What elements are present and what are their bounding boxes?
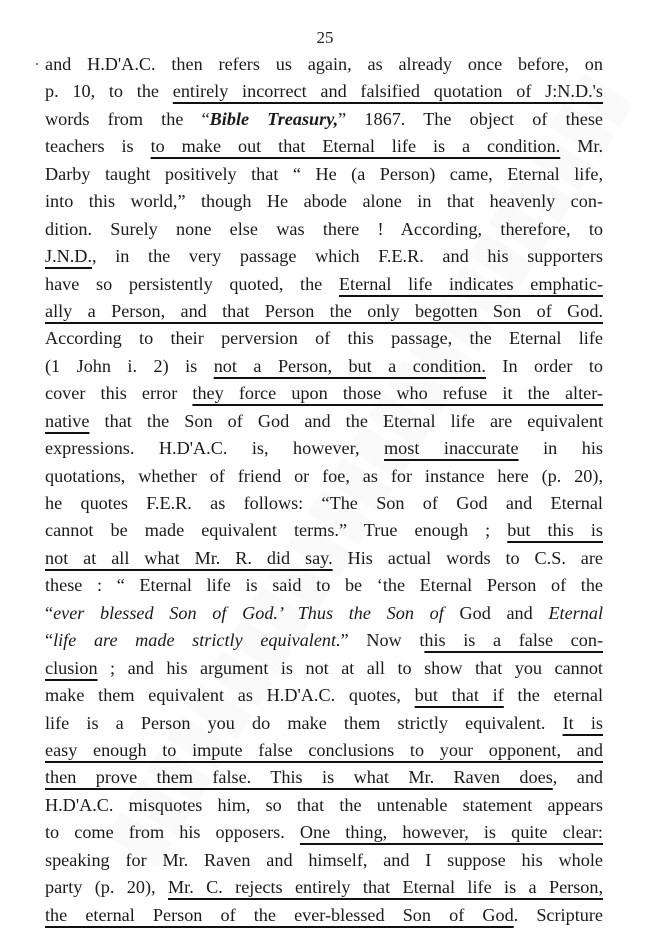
text-line: expressions. H.D'A.C. is, however, most … [45,435,603,462]
text-line: ally a Person, and that Person the only … [45,298,603,325]
text-line: not at all what Mr. R. did say. His actu… [45,545,603,572]
underlined-passage: ally a Person, and that Person the only … [45,301,603,321]
text-segment: have so persistently quoted, the [45,274,339,294]
text-segment: ” Now t [341,630,425,650]
text-line: “life are made strictly equivalent.” Now… [45,627,603,654]
text-segment: (1 John i. 2) is [45,356,214,376]
text-segment: , in the very passage which F.E.R. and h… [92,246,603,266]
text-segment: ; and his argument is not at all to show… [98,658,603,678]
text-line: native that the Son of God and the Etern… [45,408,603,435]
text-line: and H.D'A.C. then refers us again, as al… [45,51,603,78]
text-line: J.N.D., in the very passage which F.E.R.… [45,243,603,270]
text-segment: into this world,” though He abode alone … [45,191,603,211]
underlined-passage: then prove them false. This is what Mr. … [45,767,553,787]
text-line: to come from his opposers. One thing, ho… [45,819,603,846]
underlined-passage: One thing, however, is quite clear: [300,822,603,842]
underlined-passage: not a Person, but a condition. [214,356,486,376]
text-segment: the eternal [504,685,603,705]
text-segment: God and [444,603,549,623]
text-line: dition. Surely none else was there ! Acc… [45,216,603,243]
underlined-passage: clusion [45,658,98,678]
text-segment: life is a Person you do make them strict… [45,713,563,733]
text-line: clusion ; and his argument is not at all… [45,655,603,682]
text-line: cover this error they force upon those w… [45,380,603,407]
text-line: Darby taught positively that “ He (a Per… [45,161,603,188]
text-line: party (p. 20), Mr. C. rejects entirely t… [45,874,603,901]
text-line: have so persistently quoted, the Eternal… [45,271,603,298]
text-segment: cannot be made equivalent terms.” True e… [45,520,507,540]
underlined-passage: Eternal life indicates emphatic- [339,274,603,294]
text-segment: In order to [486,356,603,376]
underlined-passage: It is [563,713,603,733]
page-number: 25 [0,28,650,48]
underlined-passage: entirely incorrect and falsified quotati… [173,81,603,101]
text-line: these : “ Eternal life is said to be ‘th… [45,572,603,599]
text-line: then prove them false. This is what Mr. … [45,764,603,791]
text-segment: to come from his opposers. [45,822,300,842]
body-text: and H.D'A.C. then refers us again, as al… [45,51,603,929]
text-line: he quotes F.E.R. as follows: “The Son of… [45,490,603,517]
text-segment: ever blessed Son of God.’ Thus the Son o… [53,603,444,623]
text-line: make them equivalent as H.D'A.C. quotes,… [45,682,603,709]
underlined-passage: but this is [507,520,603,540]
text-line: quotations, whether of friend or foe, as… [45,463,603,490]
text-segment: Mr. [560,136,603,156]
text-segment: H.D'A.C. misquotes him, so that the unte… [45,795,603,815]
text-segment: “ [45,603,53,623]
text-segment: Eternal [548,603,603,623]
text-segment: According to their perversion of this pa… [45,328,603,348]
underlined-passage: not at all what Mr. R. did say. [45,548,333,568]
text-segment: teachers is [45,136,151,156]
text-segment: “ [45,630,53,650]
text-segment: p. 10, to the [45,81,173,101]
text-segment: . Scripture [514,905,603,925]
text-segment: that the Son of God and the Eternal life… [89,411,603,431]
text-segment: ” 1867. The object of these [338,109,603,129]
text-segment: he quotes F.E.R. as follows: “The Son of… [45,493,603,513]
text-segment: party (p. 20), [45,877,168,897]
text-line: “ever blessed Son of God.’ Thus the Son … [45,600,603,627]
text-segment: cover this error [45,383,192,403]
text-segment: make them equivalent as H.D'A.C. quotes, [45,685,415,705]
underlined-passage: easy enough to impute false conclusions … [45,740,603,760]
text-line: cannot be made equivalent terms.” True e… [45,517,603,544]
text-line: the eternal Person of the ever-blessed S… [45,902,603,929]
text-segment: His actual words to C.S. are [333,548,603,568]
underlined-passage: but that if [415,685,504,705]
text-line: words from the “Bible Treasury,” 1867. T… [45,106,603,133]
underlined-passage: J.N.D. [45,246,92,266]
text-segment: these : “ Eternal life is said to be ‘th… [45,575,603,595]
text-line: (1 John i. 2) is not a Person, but a con… [45,353,603,380]
underlined-passage: his is a false con- [424,630,603,650]
text-segment: Darby taught positively that “ He (a Per… [45,164,603,184]
text-line: According to their perversion of this pa… [45,325,603,352]
text-segment: quotations, whether of friend or foe, as… [45,466,603,486]
text-line: H.D'A.C. misquotes him, so that the unte… [45,792,603,819]
underlined-passage: the eternal Person of the ever-blessed S… [45,905,514,925]
underlined-passage: Mr. C. rejects entirely that Eternal lif… [168,877,603,897]
text-segment: , and [553,767,603,787]
text-line: into this world,” though He abode alone … [45,188,603,215]
text-line: life is a Person you do make them strict… [45,710,603,737]
text-segment: Bible Treasury, [210,109,338,129]
scan-speck [36,63,38,65]
text-segment: dition. Surely none else was there ! Acc… [45,219,603,239]
text-segment: in his [519,438,603,458]
underlined-passage: they force upon those who refuse it the … [192,383,603,403]
text-segment: words from the “ [45,109,210,129]
underlined-passage: native [45,411,89,431]
text-line: teachers is to make out that Eternal lif… [45,133,603,160]
underlined-passage: to make out that Eternal life is a condi… [151,136,561,156]
underlined-passage: most inaccurate [384,438,519,458]
text-segment: life are made strictly equivalent. [53,630,341,650]
text-line: p. 10, to the entirely incorrect and fal… [45,78,603,105]
text-line: easy enough to impute false conclusions … [45,737,603,764]
text-segment: expressions. H.D'A.C. is, however, [45,438,384,458]
text-segment: speaking for Mr. Raven and himself, and … [45,850,603,870]
text-segment: and H.D'A.C. then refers us again, as al… [45,54,603,74]
text-line: speaking for Mr. Raven and himself, and … [45,847,603,874]
